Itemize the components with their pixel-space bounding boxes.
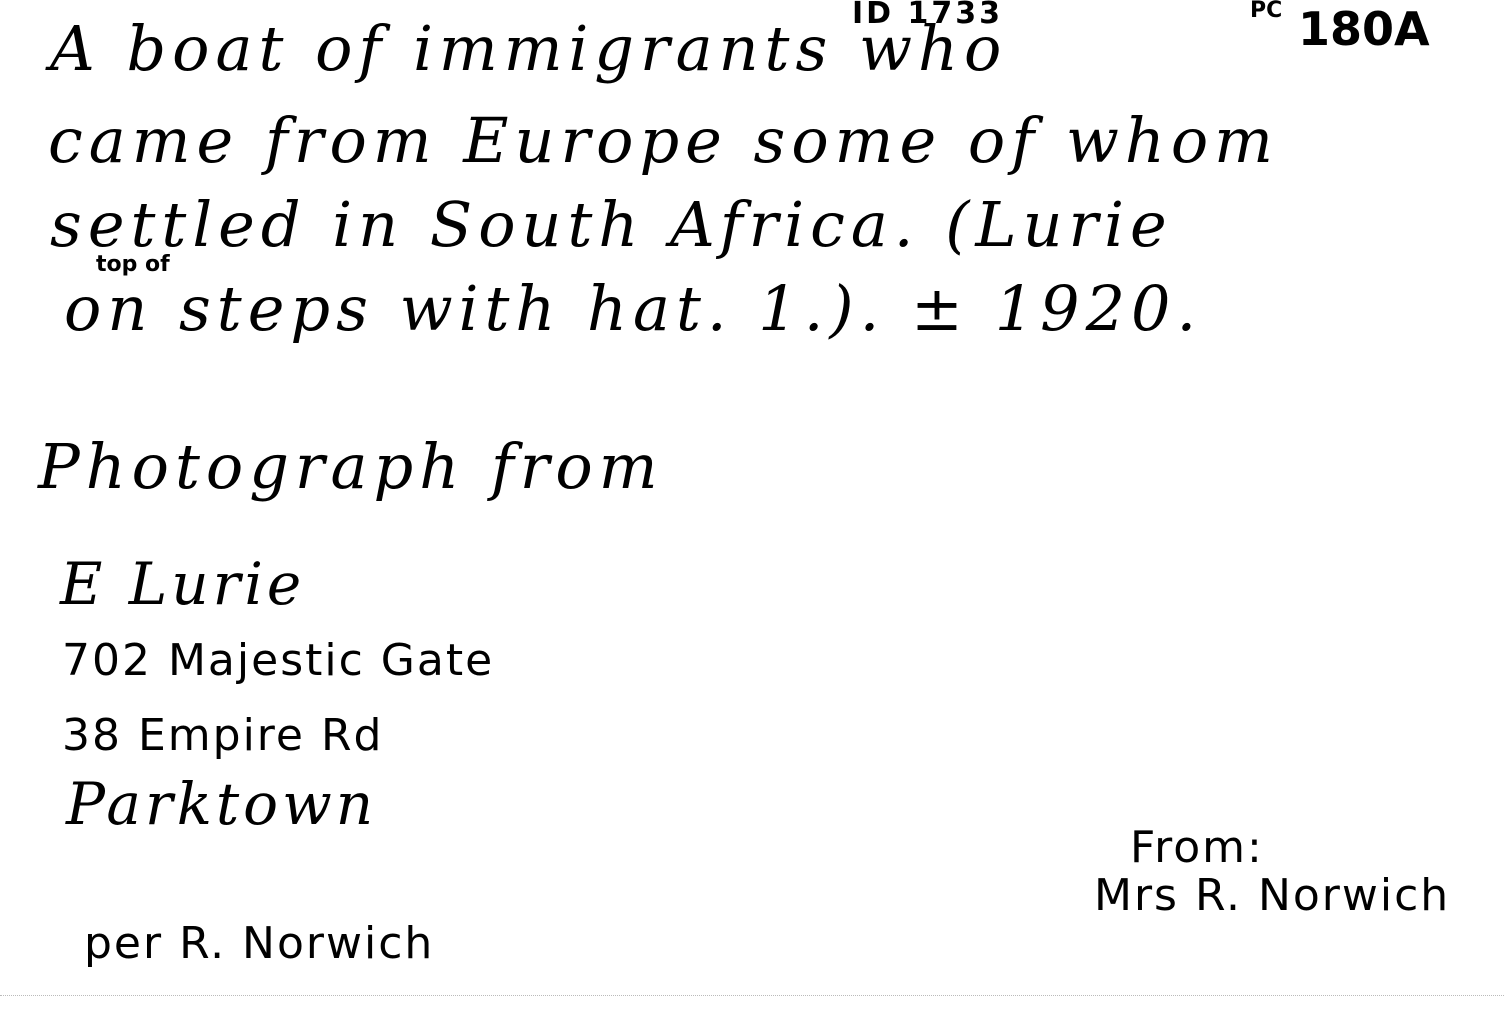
- caption-line-2: came from Europe some of whom: [48, 104, 1279, 177]
- pc-number: 180A: [1298, 2, 1430, 56]
- address-line-2: 38 Empire Rd: [62, 710, 383, 761]
- caption-line-1: A boat of immigrants who: [50, 12, 1007, 85]
- from-name: Mrs R. Norwich: [1094, 870, 1450, 921]
- address-line-1: 702 Majestic Gate: [62, 635, 494, 686]
- pc-prefix: PC: [1250, 0, 1282, 23]
- scan-edge-divider: [0, 995, 1504, 997]
- address-line-3: Parktown: [66, 770, 377, 838]
- address-name: E Lurie: [60, 550, 305, 618]
- from-label: From:: [1130, 822, 1264, 873]
- caption-line-3: settled in South Africa. (Lurie: [50, 188, 1173, 261]
- per-line: per R. Norwich: [84, 918, 434, 969]
- caption-line-4: on steps with hat. 1.). ± 1920.: [64, 272, 1202, 345]
- source-heading: Photograph from: [38, 430, 664, 503]
- handwritten-card: ID 1733 PC 180A A boat of immigrants who…: [0, 0, 1504, 1024]
